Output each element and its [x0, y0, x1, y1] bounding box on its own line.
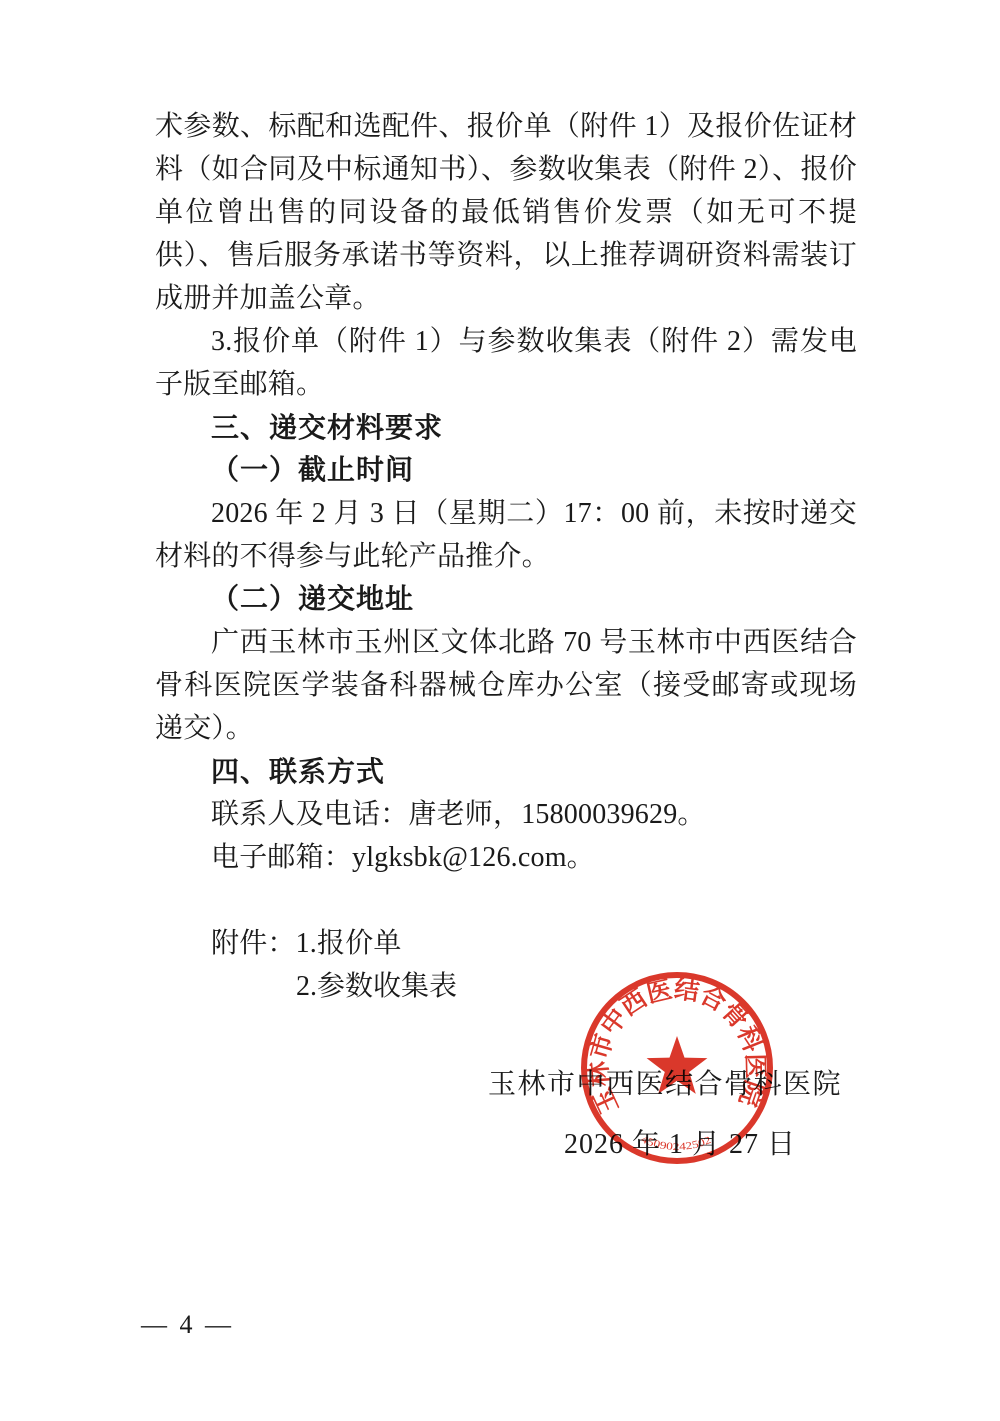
heading-section-4: 四、联系方式: [155, 750, 857, 793]
document-body: 术参数、标配和选配件、报价单（附件 1）及报价佐证材料（如合同及中标通知书）、参…: [155, 105, 857, 1008]
paragraph-address: 广西玉林市玉州区文体北路 70 号玉林市中西医结合骨科医院医学装备科器械仓库办公…: [155, 621, 857, 750]
heading-deadline: （一）截止时间: [155, 449, 857, 492]
seal-code: 45090242502: [639, 1134, 713, 1153]
paragraph-materials-continuation: 术参数、标配和选配件、报价单（附件 1）及报价佐证材料（如合同及中标通知书）、参…: [155, 105, 857, 320]
svg-text:45090242502: 45090242502: [639, 1134, 713, 1153]
attachment-line-1: 附件：1.报价单: [155, 922, 857, 965]
paragraph-deadline: 2026 年 2 月 3 日（星期二）17：00 前，未按时递交材料的不得参与此…: [155, 492, 857, 578]
official-seal: 玉林市中西医结合骨科医院 45090242502: [577, 968, 777, 1168]
official-seal-graphic: 玉林市中西医结合骨科医院 45090242502: [577, 968, 777, 1168]
paragraph-item-3: 3.报价单（附件 1）与参数收集表（附件 2）需发电子版至邮箱。: [155, 320, 857, 406]
page-number: — 4 —: [141, 1310, 234, 1340]
heading-address: （二）递交地址: [155, 578, 857, 621]
heading-section-3: 三、递交材料要求: [155, 406, 857, 449]
document-page: 术参数、标配和选配件、报价单（附件 1）及报价佐证材料（如合同及中标通知书）、参…: [0, 0, 1000, 1421]
attachments-label: 附件：: [211, 928, 296, 959]
attachment-item-1: 1.报价单: [296, 928, 402, 959]
paragraph-contact-phone: 联系人及电话：唐老师，15800039629。: [155, 793, 857, 836]
paragraph-email: 电子邮箱：ylgksbk@126.com。: [155, 836, 857, 879]
seal-star-icon: [647, 1036, 708, 1094]
